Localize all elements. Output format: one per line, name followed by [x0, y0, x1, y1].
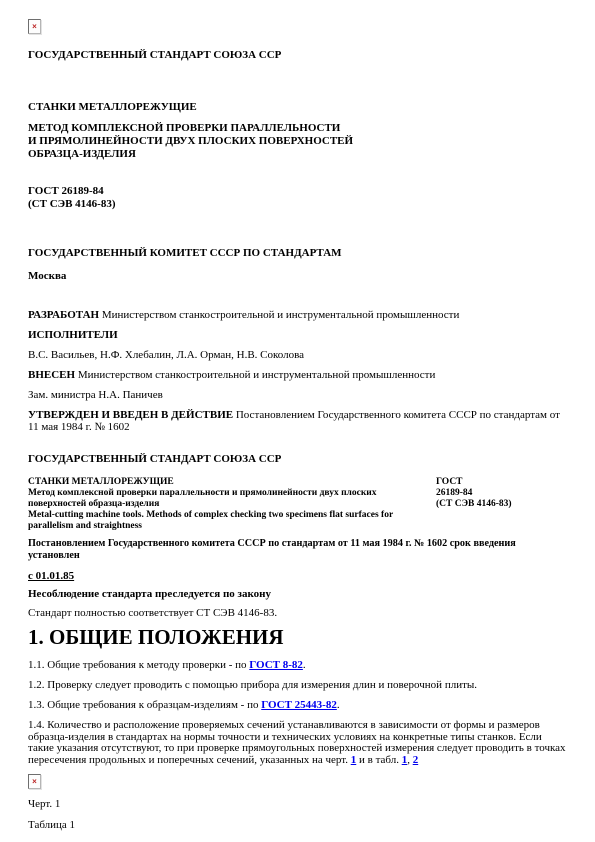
subtitle-en: Metal-cutting machine tools. Methods of …	[28, 510, 416, 532]
committee-header: ГОСУДАРСТВЕННЫЙ КОМИТЕТ СССР ПО СТАНДАРТ…	[28, 247, 567, 259]
decree-paragraph: Постановлением Государственного комитета…	[28, 538, 567, 562]
deputy-minister: Зам. министра Н.А. Паничев	[28, 389, 567, 401]
title-block-code: ГОСТ 26189-84 (СТ СЭВ 4146-83)	[436, 477, 512, 532]
executors-names: В.С. Васильев, Н.Ф. Хлебалин, Л.А. Орман…	[28, 349, 567, 361]
submitted-by-paragraph: ВНЕСЕН Министерством станкостроительной …	[28, 369, 567, 381]
paragraph-1-4: 1.4. Количество и расположение проверяем…	[28, 720, 567, 766]
p11-end: .	[303, 659, 306, 671]
submitted-label: ВНЕСЕН	[28, 369, 75, 381]
effective-date: с 01.01.85	[28, 570, 567, 582]
machine-tools-title: СТАНКИ МЕТАЛЛОРЕЖУЩИЕ	[28, 101, 567, 113]
figure-placeholder: ×	[28, 774, 567, 789]
gost-code: ГОСТ 26189-84 (СТ СЭВ 4146-83)	[28, 185, 567, 211]
executors-label: ИСПОЛНИТЕЛИ	[28, 329, 567, 341]
state-standard-header-repeat: ГОСУДАРСТВЕННЫЙ СТАНДАРТ СОЮЗА ССР	[28, 453, 567, 465]
title-block: СТАНКИ МЕТАЛЛОРЕЖУЩИЕ Метод комплексной …	[28, 477, 567, 532]
broken-image-icon: ×	[28, 19, 41, 34]
gost-number: ГОСТ 26189-84	[28, 185, 104, 197]
p11-text: 1.1. Общие требования к методу проверки …	[28, 659, 249, 671]
state-standard-header: ГОСУДАРСТВЕННЫЙ СТАНДАРТ СОЮЗА ССР	[28, 49, 567, 61]
title-ru: СТАНКИ МЕТАЛЛОРЕЖУЩИЕ	[28, 477, 416, 488]
figure-caption: Черт. 1	[28, 798, 567, 810]
code-line3: (СТ СЭВ 4146-83)	[436, 499, 512, 510]
paragraph-1-3: 1.3. Общие требования к образцам-изделия…	[28, 699, 567, 711]
method-title-line3: ОБРАЗЦА-ИЗДЕЛИЯ	[28, 148, 136, 160]
paragraph-1-2: 1.2. Проверку следует проводить с помощь…	[28, 679, 567, 691]
developed-text: Министерством станкостроительной и инстр…	[99, 309, 459, 321]
title-block-left: СТАНКИ МЕТАЛЛОРЕЖУЩИЕ Метод комплексной …	[28, 477, 416, 532]
law-warning: Несоблюдение стандарта преследуется по з…	[28, 588, 567, 600]
table-2-link[interactable]: 2	[413, 754, 419, 766]
table-caption: Таблица 1	[28, 819, 567, 831]
code-line1: ГОСТ	[436, 477, 512, 488]
broken-image-icon: ×	[28, 774, 41, 789]
city-label: Москва	[28, 270, 567, 282]
gost-25443-82-link[interactable]: ГОСТ 25443-82	[261, 699, 337, 711]
method-title: МЕТОД КОМПЛЕКСНОЙ ПРОВЕРКИ ПАРАЛЛЕЛЬНОСТ…	[28, 122, 567, 161]
paragraph-1-1: 1.1. Общие требования к методу проверки …	[28, 659, 567, 671]
conformity-note: Стандарт полностью соответствует СТ СЭВ …	[28, 607, 567, 619]
approved-paragraph: УТВЕРЖДЕН И ВВЕДЕН В ДЕЙСТВИЕ Постановле…	[28, 409, 567, 433]
approved-label: УТВЕРЖДЕН И ВВЕДЕН В ДЕЙСТВИЕ	[28, 409, 233, 421]
gost-8-82-link[interactable]: ГОСТ 8-82	[249, 659, 303, 671]
p13-end: .	[337, 699, 340, 711]
developed-label: РАЗРАБОТАН	[28, 309, 99, 321]
method-title-line1: МЕТОД КОМПЛЕКСНОЙ ПРОВЕРКИ ПАРАЛЛЕЛЬНОСТ…	[28, 122, 340, 134]
code-line2: 26189-84	[436, 488, 512, 499]
subtitle-ru: Метод комплексной проверки параллельност…	[28, 488, 416, 510]
p13-text: 1.3. Общие требования к образцам-изделия…	[28, 699, 261, 711]
p14-text: 1.4. Количество и расположение проверяем…	[28, 719, 566, 766]
sev-reference: (СТ СЭВ 4146-83)	[28, 198, 116, 210]
document-page: × ГОСУДАРСТВЕННЫЙ СТАНДАРТ СОЮЗА ССР СТА…	[0, 0, 595, 842]
section-1-heading: 1. ОБЩИЕ ПОЛОЖЕНИЯ	[28, 625, 567, 649]
developed-by-paragraph: РАЗРАБОТАН Министерством станкостроитель…	[28, 309, 567, 321]
p14-middle: и в табл.	[356, 754, 401, 766]
method-title-line2: И ПРЯМОЛИНЕЙНОСТИ ДВУХ ПЛОСКИХ ПОВЕРХНОС…	[28, 135, 353, 147]
submitted-text: Министерством станкостроительной и инстр…	[75, 369, 435, 381]
